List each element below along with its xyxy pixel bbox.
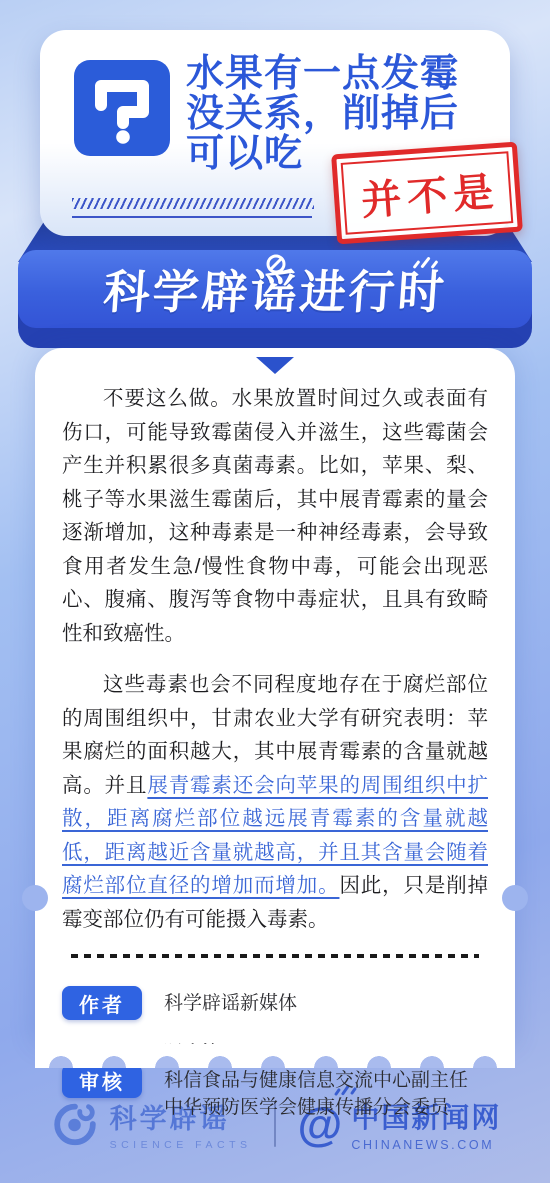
verdict-stamp-text: 并不是 bbox=[341, 151, 514, 235]
rumor-title-line2: 没关系，削掉后 bbox=[186, 94, 459, 134]
verdict-stamp: 并不是 bbox=[331, 142, 523, 245]
chinanews-sub: CHINANEWS.COM bbox=[351, 1138, 501, 1152]
ticket-notch-right bbox=[502, 885, 528, 911]
reviewer-title-2: 中华预防医学会健康传播分会委员 bbox=[164, 1094, 468, 1121]
hatch-decoration bbox=[72, 198, 314, 209]
science-debunk-poster: 水果有一点发霉 没关系，削掉后 可以吃 并不是 科学辟谣进行时 不要这么做。水果… bbox=[0, 0, 550, 1183]
author-row: 作者 科学辟谣新媒体 bbox=[62, 986, 488, 1020]
paragraph-1: 不要这么做。水果放置时间过久或表面有伤口，可能导致霉菌侵入并滋生，这些霉菌会产生… bbox=[62, 382, 488, 650]
science-facts-sub: SCIENCE FACTS bbox=[110, 1139, 252, 1151]
reviewer-badge: 审核 bbox=[62, 1064, 142, 1098]
ticket-notch-left bbox=[22, 885, 48, 911]
down-triangle-icon bbox=[256, 357, 294, 374]
answer-card: 不要这么做。水果放置时间过久或表面有伤口，可能导致霉菌侵入并滋生，这些霉菌会产生… bbox=[35, 348, 515, 1044]
series-banner: 科学辟谣进行时 bbox=[18, 250, 532, 328]
no-sign-icon bbox=[265, 253, 287, 280]
author-name: 科学辟谣新媒体 bbox=[164, 990, 297, 1017]
speed-marks-icon bbox=[415, 256, 436, 269]
question-mark-icon bbox=[74, 60, 170, 156]
reviewer-title-1: 科信食品与健康信息交流中心副主任 bbox=[164, 1067, 468, 1094]
credits-section: 作者 科学辟谣新媒体 审核 阮光锋 科信食品与健康信息交流中心副主任 中华预防医… bbox=[35, 958, 515, 1121]
rumor-title-line1: 水果有一点发霉 bbox=[186, 54, 459, 94]
paragraph-2: 这些毒素也会不同程度地存在于腐烂部位的周围组织中，甘肃农业大学有研究表明：苹果腐… bbox=[62, 668, 488, 936]
author-badge: 作者 bbox=[62, 986, 142, 1020]
answer-text: 不要这么做。水果放置时间过久或表面有伤口，可能导致霉菌侵入并滋生，这些霉菌会产生… bbox=[35, 374, 515, 936]
underline-rule bbox=[72, 216, 312, 218]
scalloped-edge bbox=[35, 1044, 515, 1068]
question-card: 水果有一点发霉 没关系，削掉后 可以吃 并不是 bbox=[40, 30, 510, 236]
